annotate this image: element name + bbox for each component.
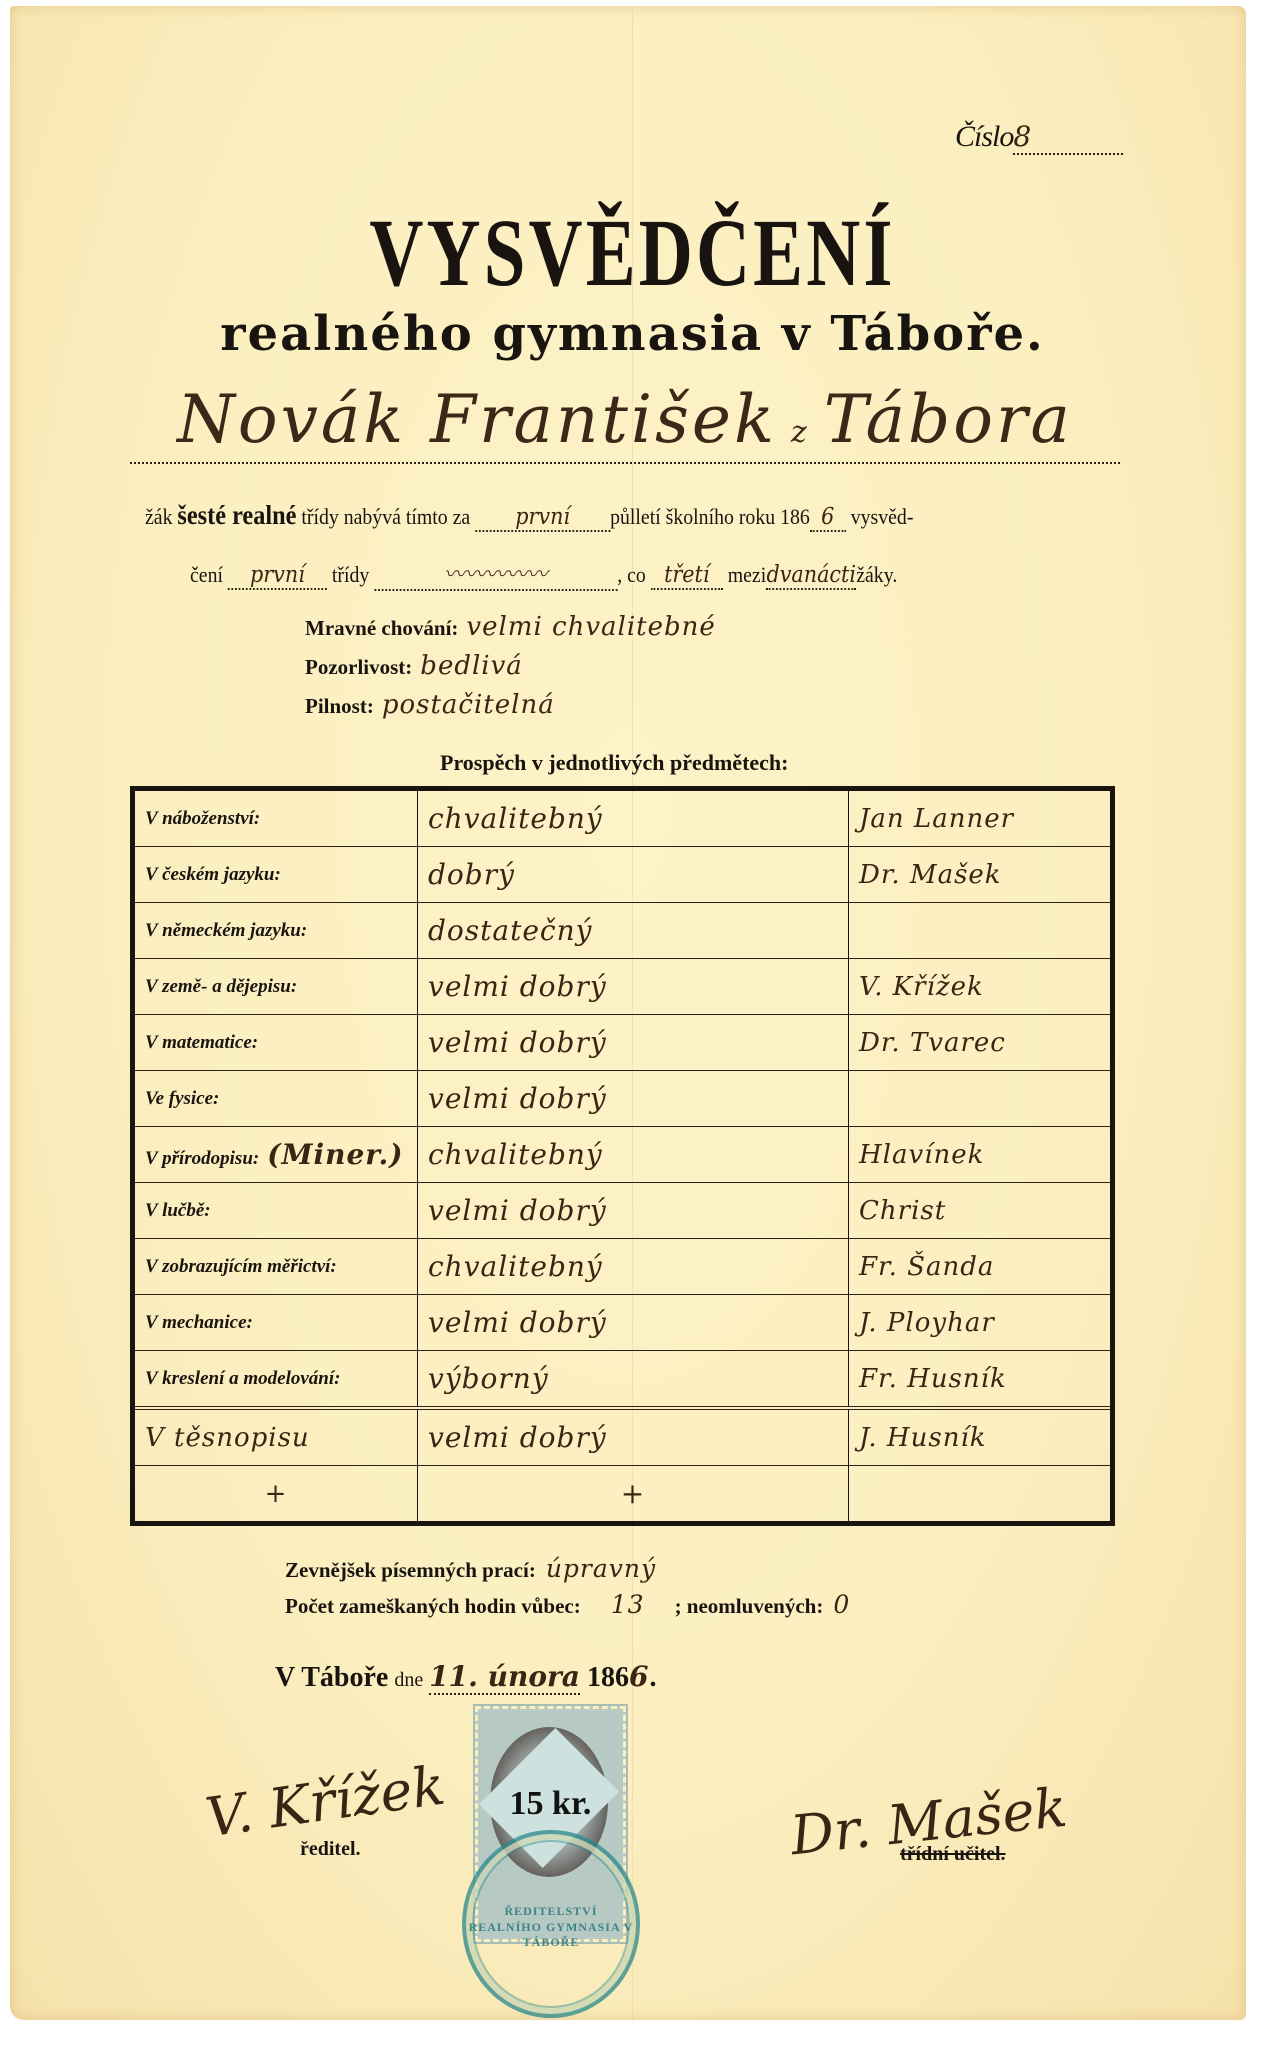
written-work-row: Zevnějšek písemných prací:úpravný	[285, 1554, 666, 1583]
teacher-signature: Christ	[849, 1183, 1113, 1239]
issue-date: V Táboředne11. února 1866.	[275, 1660, 656, 1695]
statement-text: půlletí školního roku 186	[610, 504, 810, 529]
subject-label: V země- a dějepisu:	[145, 976, 297, 997]
semester-field: první	[475, 504, 610, 532]
rank-field: třetí	[651, 562, 723, 590]
table-row: V náboženství:chvalitebnýJan Lanner	[133, 789, 1113, 847]
table-row: V německém jazyku:dostatečný	[133, 903, 1113, 959]
teacher-signature: Jan Lanner	[849, 789, 1113, 847]
teacher-signature: Dr. Mašek	[849, 847, 1113, 903]
school-seal: ŘEDITELSTVÍ REALNÍHO GYMNASIA V TÁBOŘE	[462, 1830, 640, 2018]
teacher-signature: V. Křížek	[849, 959, 1113, 1015]
date-day-month: 11. února	[429, 1660, 580, 1695]
teacher-signature: J. Ployhar	[849, 1295, 1113, 1351]
table-row: ++	[133, 1466, 1113, 1524]
subject-label: V přírodopisu:	[145, 1148, 259, 1169]
subject-grade: +	[418, 1466, 849, 1524]
teacher-signature	[849, 1466, 1113, 1524]
subject-name: +	[133, 1466, 418, 1524]
teacher-signature	[849, 1071, 1113, 1127]
statement-text: třídy nabývá tímto za	[301, 504, 470, 529]
table-row: Ve fysice:velmi dobrý	[133, 1071, 1113, 1127]
teacher-signature: Dr. Tvarec	[849, 1015, 1113, 1071]
subject-label: V mechanice:	[145, 1312, 253, 1333]
subject-name: V mechanice:	[133, 1295, 418, 1351]
subject-label: +	[265, 1479, 288, 1509]
attention-value: bedlivá	[420, 651, 523, 681]
table-row: V kreslení a modelování:výbornýFr. Husní…	[133, 1351, 1113, 1409]
missed-hours-label: Počet zameškaných hodin vůbec:	[285, 1594, 581, 1618]
behavior-value: velmi chvalitebné	[466, 612, 715, 642]
subject-note: (Miner.)	[267, 1138, 403, 1171]
unexcused-label: ; neomluvených:	[675, 1594, 824, 1618]
certificate-number: Číslo8	[955, 120, 1123, 155]
table-row: V těsnopisuvelmi dobrýJ. Husník	[133, 1408, 1113, 1466]
teacher-signature: Hlavínek	[849, 1127, 1113, 1183]
student-from: z	[791, 415, 810, 450]
table-row: V matematice:velmi dobrýDr. Tvarec	[133, 1015, 1113, 1071]
statement-text: , co	[617, 562, 646, 587]
subject-grade: chvalitebný	[418, 1239, 849, 1295]
subject-grade: výborný	[418, 1351, 849, 1409]
subject-name: V lučbě:	[133, 1183, 418, 1239]
number-label: Číslo	[955, 120, 1013, 153]
grades-table: V náboženství:chvalitebnýJan LannerV čes…	[130, 786, 1115, 1526]
school-year-field: 6	[810, 504, 846, 532]
statement-text: žák	[145, 504, 172, 529]
document-subtitle: realného gymnasia v Táboře.	[0, 310, 1265, 358]
subject-grade: dostatečný	[418, 903, 849, 959]
statement-text: mezi	[728, 562, 766, 587]
attention-label: Pozorlivost:	[305, 655, 412, 679]
student-count-field: dvanácti	[766, 562, 856, 590]
statement-text: vysvěd-	[851, 504, 914, 529]
behavior-label: Mravné chování:	[305, 616, 458, 640]
seal-text: ŘEDITELSTVÍ REALNÍHO GYMNASIA V TÁBOŘE	[466, 1904, 636, 1951]
diligence-row: Pilnost:postačitelná	[305, 690, 555, 720]
statement-text: žáky.	[856, 562, 897, 587]
diligence-value: postačitelná	[382, 690, 555, 720]
diligence-label: Pilnost:	[305, 694, 374, 718]
subject-name: V zobrazujícím měřictví:	[133, 1239, 418, 1295]
subject-grade: velmi dobrý	[418, 1071, 849, 1127]
date-end: .	[649, 1662, 656, 1693]
date-year-prefix: 186	[587, 1662, 629, 1693]
teacher-signature: J. Husník	[849, 1408, 1113, 1466]
subject-name: V náboženství:	[133, 789, 418, 847]
grade-class-field: první	[228, 562, 327, 590]
subject-grade: velmi dobrý	[418, 1295, 849, 1351]
subject-name: V těsnopisu	[133, 1408, 418, 1466]
subject-label: V zobrazujícím měřictví:	[145, 1256, 337, 1277]
missed-hours-row: Počet zameškaných hodin vůbec:13; neomlu…	[285, 1590, 860, 1619]
table-row: V přírodopisu:(Miner.)chvalitebnýHlavíne…	[133, 1127, 1113, 1183]
subject-name: V země- a dějepisu:	[133, 959, 418, 1015]
table-row: V země- a dějepisu:velmi dobrýV. Křížek	[133, 959, 1113, 1015]
subject-label: V těsnopisu	[145, 1423, 310, 1453]
student-name-value: Novák František	[177, 381, 777, 458]
subject-label: V českém jazyku:	[145, 864, 281, 885]
table-row: V lučbě:velmi dobrýChrist	[133, 1183, 1113, 1239]
stamp-value: 15 kr.	[478, 1785, 623, 1823]
date-year-digit: 6	[629, 1660, 649, 1693]
date-place: V Táboře	[275, 1662, 388, 1693]
subject-name: V kreslení a modelování:	[133, 1351, 418, 1409]
statement-text: třídy	[332, 562, 369, 587]
subject-label: V náboženství:	[145, 808, 260, 829]
class-name: šesté realné	[177, 500, 296, 530]
missed-hours-value: 13	[611, 1590, 645, 1619]
subject-grade: velmi dobrý	[418, 1408, 849, 1466]
subject-name: V německém jazyku:	[133, 903, 418, 959]
subject-grade: chvalitebný	[418, 1127, 849, 1183]
director-label: ředitel.	[300, 1838, 361, 1861]
subject-label: V kreslení a modelování:	[145, 1368, 340, 1389]
teacher-signature: Fr. Husník	[849, 1351, 1113, 1409]
subject-grade: dobrý	[418, 847, 849, 903]
subject-grade: velmi dobrý	[418, 959, 849, 1015]
subjects-heading: Prospěch v jednotlivých předmětech:	[440, 750, 789, 776]
class-filler-field: 〰〰〰〰〰	[374, 556, 617, 591]
subject-label: V německém jazyku:	[145, 920, 307, 941]
class-teacher-label: třídní učitel.	[900, 1843, 1006, 1866]
behavior-row: Mravné chování:velmi chvalitebné	[305, 612, 716, 642]
table-row: V mechanice:velmi dobrýJ. Ployhar	[133, 1295, 1113, 1351]
subject-name: V přírodopisu:(Miner.)	[133, 1127, 418, 1183]
subject-grade: velmi dobrý	[418, 1183, 849, 1239]
written-work-value: úpravný	[546, 1554, 656, 1583]
statement-line-1: žák šesté realné třídy nabývá tímto za p…	[145, 500, 913, 532]
statement-line-2: čení první třídy 〰〰〰〰〰, co třetí mezidva…	[190, 556, 897, 591]
student-name: Novák FrantišekzTábora	[130, 381, 1120, 458]
subject-label: Ve fysice:	[145, 1088, 219, 1109]
subject-name: Ve fysice:	[133, 1071, 418, 1127]
subject-label: V matematice:	[145, 1032, 258, 1053]
student-place: Tábora	[824, 381, 1073, 458]
date-dne: dne	[394, 1669, 423, 1691]
student-name-line: Novák FrantišekzTábora	[130, 370, 1120, 464]
table-row: V českém jazyku:dobrýDr. Mašek	[133, 847, 1113, 903]
attention-row: Pozorlivost:bedlivá	[305, 651, 523, 681]
subject-label: V lučbě:	[145, 1200, 211, 1221]
subject-name: V matematice:	[133, 1015, 418, 1071]
teacher-signature: Fr. Šandа	[849, 1239, 1113, 1295]
subject-grade: velmi dobrý	[418, 1015, 849, 1071]
subject-name: V českém jazyku:	[133, 847, 418, 903]
written-work-label: Zevnějšek písemných prací:	[285, 1558, 536, 1582]
subject-grade: chvalitebný	[418, 789, 849, 847]
unexcused-value: 0	[833, 1590, 850, 1619]
number-value: 8	[1013, 120, 1123, 155]
document-title: VYSVĚDČENÍ	[139, 205, 1126, 301]
teacher-signature	[849, 903, 1113, 959]
table-row: V zobrazujícím měřictví:chvalitebnýFr. Š…	[133, 1239, 1113, 1295]
statement-text: čení	[190, 562, 223, 587]
